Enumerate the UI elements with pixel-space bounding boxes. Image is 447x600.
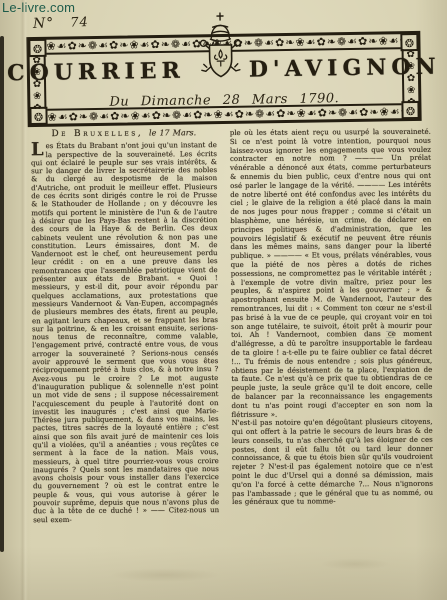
ornament-corner-bottom-left: ❂ xyxy=(29,107,47,125)
masthead-frame: ❂ ❂ ❂ ❂ ❀☙✿❧❁☙✿❧❀☙✿❧❁☙✿❧❀☙✿❧❁☙✿❧❀☙✿❧❁☙✿❧… xyxy=(26,31,421,127)
text-column-right: ple où les états aient reçu ou usurpé la… xyxy=(230,128,433,523)
paragraph: ple où les états aient reçu ou usurpé la… xyxy=(230,128,433,420)
papal-crest-icon xyxy=(193,12,248,81)
scan-edge-artifact xyxy=(0,36,4,552)
paragraph: Les États du Brabant n'ont joui qu'un in… xyxy=(31,141,219,524)
newspaper-page-scan: Le-livre.com N°74 ❂ ❂ ❂ ❂ ❀☙✿❧❁☙✿❧❀☙✿❧❁☙… xyxy=(0,0,447,600)
paper-mark xyxy=(386,331,394,338)
paper-crease xyxy=(20,0,28,600)
article-heading: De Bruxelles, le 17 Mars. xyxy=(31,129,217,138)
watermark-text: Le-livre.com xyxy=(2,0,75,15)
text-column-left: De Bruxelles, le 17 Mars. Les États du B… xyxy=(31,129,219,524)
issue-value: 74 xyxy=(70,15,89,31)
paper-stain xyxy=(110,568,220,582)
heading-date: le 17 Mars. xyxy=(149,128,196,137)
drop-cap: L xyxy=(31,142,44,157)
title-word-courrier: COURRIER xyxy=(7,58,185,87)
paragraph: N'est-il pas notoire qu'en dégoûtant plu… xyxy=(232,418,434,507)
heading-place: De Bruxelles, xyxy=(51,129,143,140)
issue-number: N°74 xyxy=(33,14,89,32)
issue-label: N° xyxy=(33,15,55,32)
ornament-corner-bottom-right: ❂ xyxy=(401,101,419,119)
article-body: De Bruxelles, le 17 Mars. Les États du B… xyxy=(31,128,433,524)
paragraph-text: es États du Brabant n'ont joui qu'un ins… xyxy=(31,141,219,523)
title-word-avignon: D'AVIGNON xyxy=(249,54,441,83)
paper-stain xyxy=(320,558,390,570)
